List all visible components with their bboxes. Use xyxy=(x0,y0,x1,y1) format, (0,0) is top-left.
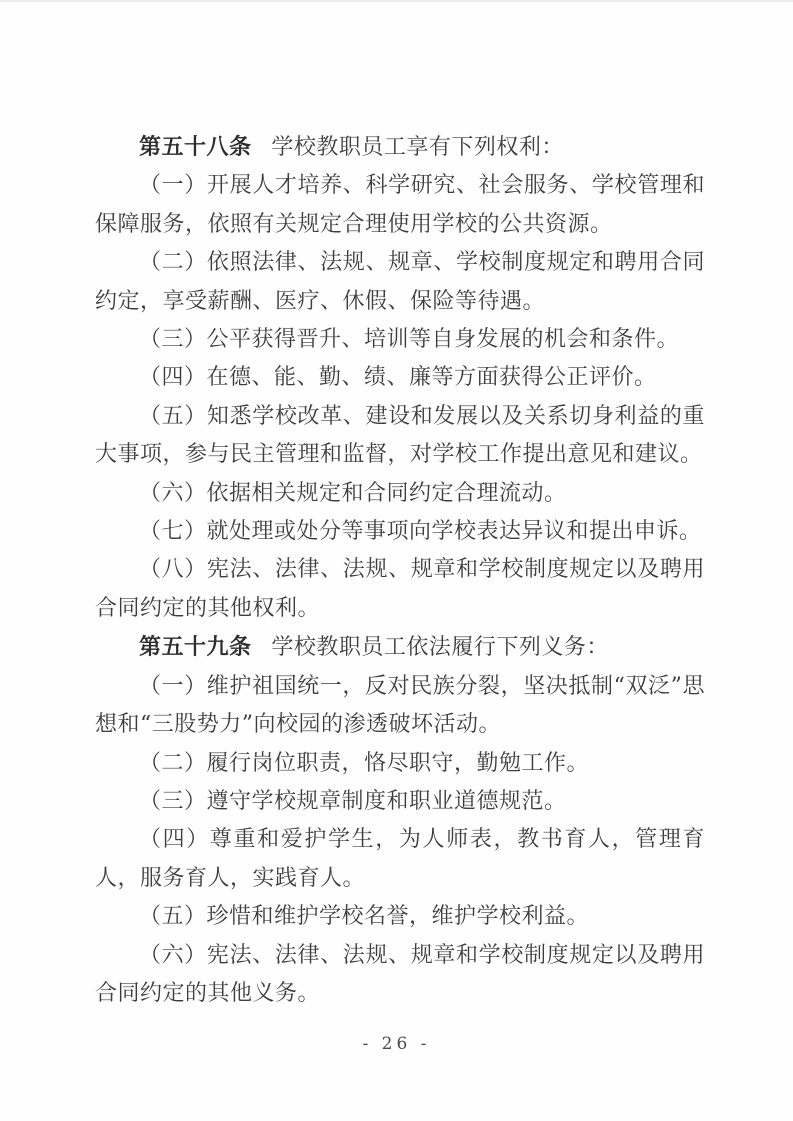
article-59-item-5: （五）珍惜和维护学校名誉，维护学校利益。 xyxy=(95,898,705,936)
article-58-number: 第五十八条 xyxy=(139,134,252,160)
article-58-item-8: （八）宪法、法律、法规、规章和学校制度规定以及聘用合同约定的其他权利。 xyxy=(95,551,705,628)
article-59-item-3: （三）遵守学校规章制度和职业道德规范。 xyxy=(95,783,705,821)
article-58-item-5: （五）知悉学校改革、建设和发展以及关系切身利益的重大事项，参与民主管理和监督，对… xyxy=(95,398,705,475)
article-59-heading-row: 第五十九条学校教职员工依法履行下列义务： xyxy=(95,628,705,667)
page-number: - 26 - xyxy=(0,1034,793,1054)
article-58-item-2: （二）依照法律、法规、规章、学校制度规定和聘用合同约定，享受薪酬、医疗、休假、保… xyxy=(95,244,705,321)
article-59-intro: 学校教职员工依法履行下列义务： xyxy=(271,635,609,660)
article-58-heading-row: 第五十八条学校教职员工享有下列权利： xyxy=(95,128,705,167)
article-59-item-2: （二）履行岗位职责，恪尽职守，勤勉工作。 xyxy=(95,745,705,783)
article-58-item-7: （七）就处理或处分等事项向学校表达异议和提出申诉。 xyxy=(95,513,705,551)
article-58-item-4: （四）在德、能、勤、绩、廉等方面获得公正评价。 xyxy=(95,359,705,397)
article-59-number: 第五十九条 xyxy=(139,634,252,660)
document-page: 第五十八条学校教职员工享有下列权利： （一）开展人才培养、科学研究、社会服务、学… xyxy=(0,0,793,1121)
article-58-intro: 学校教职员工享有下列权利： xyxy=(271,135,564,160)
article-58-item-6: （六）依据相关规定和合同约定合理流动。 xyxy=(95,475,705,513)
article-58-item-1: （一）开展人才培养、科学研究、社会服务、学校管理和保障服务，依照有关规定合理使用… xyxy=(95,167,705,244)
article-59-item-4: （四）尊重和爱护学生，为人师表，教书育人，管理育人，服务育人，实践育人。 xyxy=(95,821,705,898)
article-59-item-6: （六）宪法、法律、法规、规章和学校制度规定以及聘用合同约定的其他义务。 xyxy=(95,937,705,1014)
document-content: 第五十八条学校教职员工享有下列权利： （一）开展人才培养、科学研究、社会服务、学… xyxy=(95,128,705,1013)
article-58-item-3: （三）公平获得晋升、培训等自身发展的机会和条件。 xyxy=(95,321,705,359)
article-59-item-1: （一）维护祖国统一，反对民族分裂，坚决抵制“双泛”思想和“三股势力”向校园的渗透… xyxy=(95,668,705,745)
